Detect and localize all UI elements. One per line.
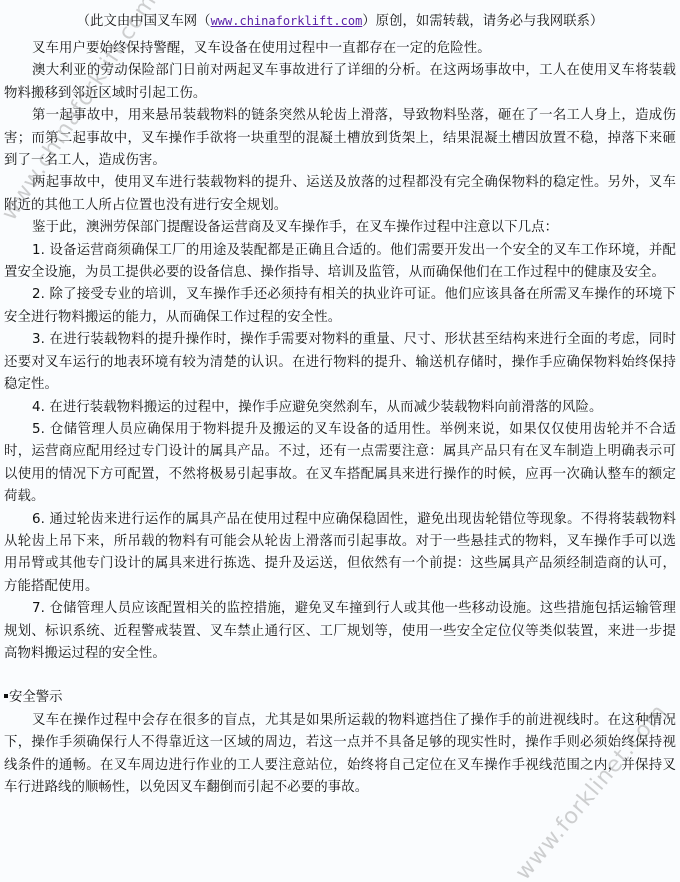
article: （此文由中国叉车网（www.chinaforklift.com）原创，如需转载，…	[4, 0, 676, 799]
paragraph-analysis: 澳大利亚的劳动保险部门日前对两起叉车事故进行了详细的分析。在这两场事故中，工人在…	[4, 60, 676, 105]
source-notice: （此文由中国叉车网（www.chinaforklift.com）原创，如需转载，…	[4, 0, 676, 34]
list-item-7: 7. 仓储管理人员应该配置相关的监控措施，避免叉车撞到行人或其他一些移动设施。这…	[4, 598, 676, 665]
list-item-6: 6. 通过轮齿来进行运作的属具产品在使用过程中应确保稳固性，避免出现齿轮错位等现…	[4, 509, 676, 599]
section-spacer	[4, 665, 676, 687]
list-item-3: 3. 在进行装载物料的提升操作时，操作手需要对物料的重量、尺寸、形状甚至结构来进…	[4, 329, 676, 396]
list-item-2: 2. 除了接受专业的培训，叉车操作手还必须持有相关的执业许可证。他们应该具备在所…	[4, 284, 676, 329]
paragraph-causes: 两起事故中，使用叉车进行装载物料的提升、运送及放落的过程都没有完全确保物料的稳定…	[4, 172, 676, 217]
source-suffix: ）原创，如需转载，请务必与我网联系）	[362, 14, 603, 29]
paragraph-accidents: 第一起事故中，用来悬吊装载物料的链条突然从轮齿上滑落，导致物料坠落，砸在了一名工…	[4, 105, 676, 172]
paragraph-advice-intro: 鉴于此，澳洲劳保部门提醒设备运营商及叉车操作手，在叉车操作过程中注意以下几点：	[4, 217, 676, 239]
section-heading: 安全警示	[4, 687, 676, 709]
source-link[interactable]: www.chinaforklift.com	[211, 14, 363, 28]
source-prefix: （此文由中国叉车网（	[77, 14, 211, 29]
list-item-4: 4. 在进行装载物料搬运的过程中，操作手应避免突然刹车，从而减少装载物料向前滑落…	[4, 397, 676, 419]
paragraph-safety-warning: 叉车在操作过程中会存在很多的盲点，尤其是如果所运载的物料遮挡住了操作手的前进视线…	[4, 710, 676, 800]
list-item-1: 1. 设备运营商须确保工厂的用途及装配都是正确且合适的。他们需要开发出一个安全的…	[4, 240, 676, 285]
paragraph-intro: 叉车用户要始终保持警醒，叉车设备在使用过程中一直都存在一定的危险性。	[4, 38, 676, 60]
bullet-icon	[4, 694, 8, 698]
section-heading-text: 安全警示	[9, 690, 63, 705]
list-item-5: 5. 仓储管理人员应确保用于物料提升及搬运的叉车设备的适用性。举例来说，如果仅仅…	[4, 419, 676, 509]
